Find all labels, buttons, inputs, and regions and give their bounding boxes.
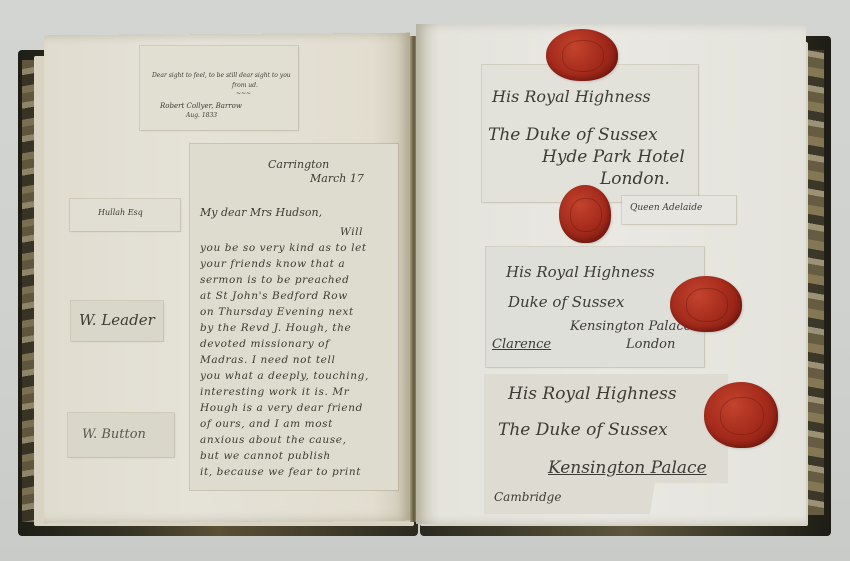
envelope-line: His Royal Highness	[506, 263, 655, 281]
wax-seal	[559, 185, 611, 243]
letter-line: Madras. I need not tell	[200, 354, 390, 366]
marbled-edge-right	[806, 50, 824, 515]
envelope-line: London	[626, 337, 675, 352]
envelope-front: His Royal Highness The Duke of Sussex Hy…	[482, 65, 698, 202]
letter-line: but we cannot publish	[200, 450, 390, 462]
note-signature: Robert Collyer, Barrow	[160, 102, 242, 110]
letter-line: it, because we fear to print	[200, 466, 390, 478]
letter-line: your friends know that a	[200, 258, 390, 270]
envelope-line: The Duke of Sussex	[498, 420, 668, 440]
wax-seal	[546, 29, 618, 81]
handwritten-note: Dear sight to feel, to be still dear sig…	[140, 46, 298, 130]
note-line: ~~~	[236, 90, 251, 97]
letter-line: of ours, and I am most	[200, 418, 390, 430]
envelope-frank: Clarence	[492, 337, 551, 352]
envelope-line: His Royal Highness	[492, 87, 651, 106]
autograph-text: W. Leader	[79, 311, 155, 329]
envelope-line: Duke of Sussex	[508, 293, 624, 311]
autograph-clipping: Hullah Esq	[70, 199, 180, 231]
envelope-line: His Royal Highness	[508, 384, 677, 404]
wax-seal	[670, 276, 742, 332]
envelope-line: Hyde Park Hotel	[542, 147, 685, 167]
letter-line: you be so very kind as to let	[200, 242, 390, 254]
letter-date: March 17	[310, 172, 364, 185]
envelope-frank: Cambridge	[494, 490, 561, 504]
note-line: from ud.	[232, 82, 258, 89]
letter-line: devoted missionary of	[200, 338, 390, 350]
note-date: Aug. 1833	[186, 112, 217, 119]
letter-line: at St John's Bedford Row	[200, 290, 390, 302]
album-photo: Dear sight to feel, to be still dear sig…	[0, 0, 850, 561]
letter-line: Will	[340, 226, 390, 238]
envelope-line: The Duke of Sussex	[488, 125, 658, 145]
autograph-text: W. Button	[82, 427, 146, 442]
note-line: Dear sight to feel, to be still dear sig…	[152, 72, 291, 79]
letter-line: you what a deeply, touching,	[200, 370, 390, 382]
envelope-line: Kensington Palace	[548, 458, 707, 478]
handwritten-letter: Carrington March 17 My dear Mrs Hudson, …	[190, 144, 398, 490]
envelope-line: London.	[600, 169, 670, 189]
letter-line: anxious about the cause,	[200, 434, 390, 446]
envelope-line: Kensington Palace	[570, 319, 691, 334]
letter-salutation: My dear Mrs Hudson,	[200, 206, 322, 219]
autograph-clipping: W. Leader	[71, 301, 163, 341]
wax-seal	[704, 382, 778, 448]
autograph-text: Hullah Esq	[98, 208, 143, 217]
letter-place: Carrington	[268, 158, 329, 171]
autograph-clipping: Queen Adelaide	[622, 196, 736, 224]
autograph-text: Queen Adelaide	[630, 203, 702, 213]
autograph-clipping: W. Button	[68, 413, 174, 457]
letter-line: interesting work it is. Mr	[200, 386, 390, 398]
letter-line: Hough is a very dear friend	[200, 402, 390, 414]
letter-line: sermon is to be preached	[200, 274, 390, 286]
letter-line: by the Revd J. Hough, the	[200, 322, 390, 334]
letter-line: on Thursday Evening next	[200, 306, 390, 318]
